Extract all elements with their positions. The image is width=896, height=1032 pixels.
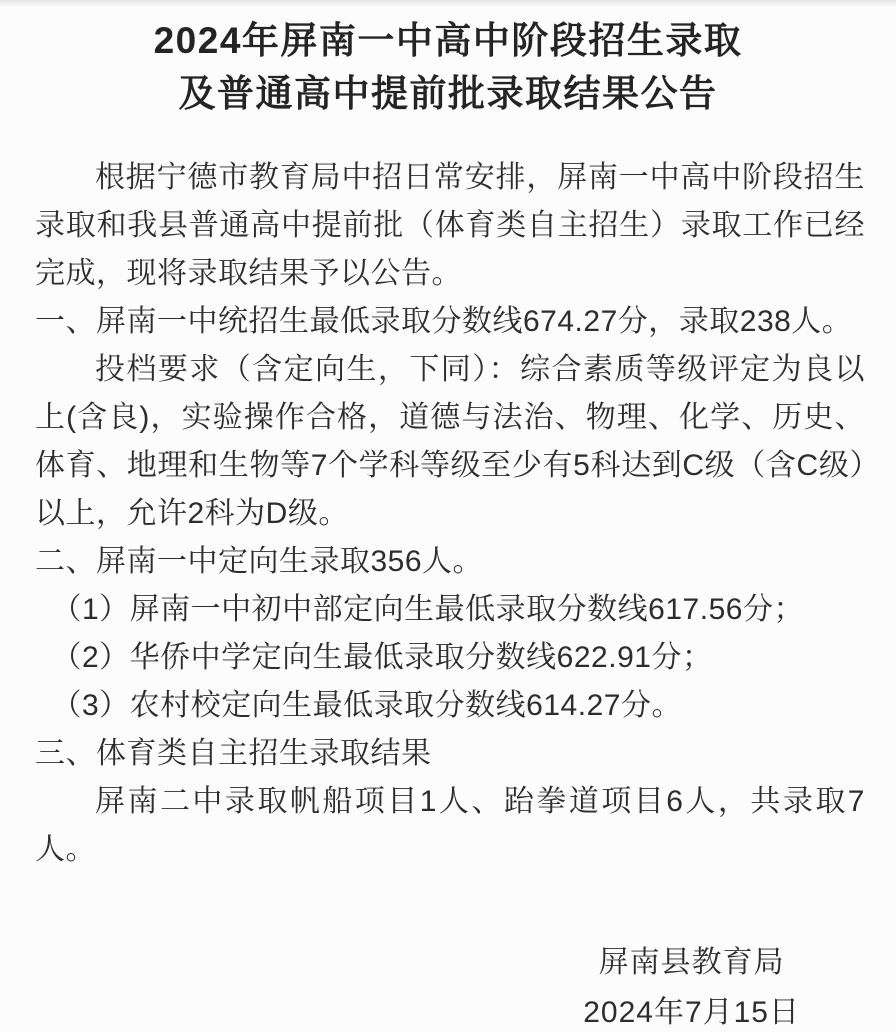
section-3-heading: 三、体育类自主招生录取结果 xyxy=(35,730,865,778)
photo-edge-shadow xyxy=(0,0,896,7)
issue-date: 2024年7月15日 xyxy=(583,988,800,1032)
section-2-item-1: （1）屏南一中初中部定向生最低录取分数线617.56分； xyxy=(35,586,865,634)
section-1-requirements: 投档要求（含定向生，下同）：综合素质等级评定为良以上(含良)，实验操作合格，道德… xyxy=(35,346,865,538)
title-line-2: 及普通高中提前批录取结果公告 xyxy=(40,67,856,120)
section-3-result: 屏南二中录取帆船项目1人、跆拳道项目6人，共录取7人。 xyxy=(35,778,865,874)
document-title: 2024年屏南一中高中阶段招生录取 及普通高中提前批录取结果公告 xyxy=(40,14,856,120)
intro-paragraph: 根据宁德市教育局中招日常安排，屏南一中高中阶段招生录取和我县普通高中提前批（体育… xyxy=(35,154,865,298)
section-1-heading: 一、屏南一中统招生最低录取分数线674.27分，录取238人。 xyxy=(35,298,865,346)
announcement-document: 2024年屏南一中高中阶段招生录取 及普通高中提前批录取结果公告 根据宁德市教育… xyxy=(0,0,896,1032)
signature-block: 屏南县教育局 2024年7月15日 xyxy=(0,938,896,1032)
signature-inner: 屏南县教育局 2024年7月15日 xyxy=(583,938,800,1032)
issuer-name: 屏南县教育局 xyxy=(583,938,800,988)
title-line-1: 2024年屏南一中高中阶段招生录取 xyxy=(40,14,856,67)
document-body: 根据宁德市教育局中招日常安排，屏南一中高中阶段招生录取和我县普通高中提前批（体育… xyxy=(35,154,865,874)
section-2-item-3: （3）农村校定向生最低录取分数线614.27分。 xyxy=(35,682,865,730)
section-2-item-2: （2）华侨中学定向生最低录取分数线622.91分； xyxy=(35,634,865,682)
section-2-heading: 二、屏南一中定向生录取356人。 xyxy=(35,538,865,586)
